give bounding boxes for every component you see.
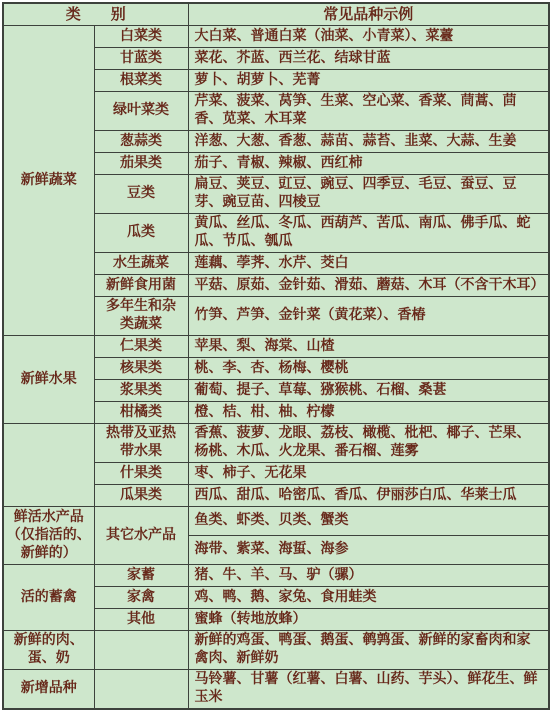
examples-cell: 猪、牛、羊、马、驴（骡） <box>188 565 549 587</box>
category-cell: 活的蓄禽 <box>3 565 94 631</box>
subcategory-cell: 多年生和杂类蔬菜 <box>94 297 188 336</box>
subcategory-cell: 其他 <box>94 609 188 631</box>
examples-cell: 西瓜、甜瓜、哈密瓜、香瓜、伊丽莎白瓜、华莱士瓜 <box>188 485 549 507</box>
examples-cell: 葡萄、提子、草莓、猕猴桃、石榴、桑葚 <box>188 380 549 402</box>
category-cell: 新增品种 <box>3 670 94 710</box>
examples-cell: 海带、紫菜、海蜇、海参 <box>188 536 549 565</box>
table-row: 热带及亚热带水果香蕉、菠萝、龙眼、荔枝、橄榄、枇杷、椰子、芒果、杨桃、木瓜、火龙… <box>3 424 549 463</box>
subcategory-cell: 家禽 <box>94 587 188 609</box>
examples-cell: 茄子、青椒、辣椒、西红柿 <box>188 153 549 175</box>
subcategory-cell: 新鲜食用菌 <box>94 275 188 297</box>
table-row: 鲜活水产品（仅指活的、新鲜的）其它水产品鱼类、虾类、贝类、蟹类 <box>3 507 549 536</box>
subcategory-cell: 水生蔬菜 <box>94 253 188 275</box>
examples-cell: 苹果、梨、海棠、山楂 <box>188 336 549 358</box>
examples-cell: 鱼类、虾类、贝类、蟹类 <box>188 507 549 536</box>
subcategory-cell: 浆果类 <box>94 380 188 402</box>
subcategory-cell: 葱蒜类 <box>94 131 188 153</box>
subcategory-cell: 核果类 <box>94 358 188 380</box>
examples-cell: 鸡、鸭、鹅、家兔、食用蛙类 <box>188 587 549 609</box>
subcategory-cell: 什果类 <box>94 463 188 485</box>
subcategory-cell: 甘蓝类 <box>94 48 188 70</box>
examples-cell: 枣、柿子、无花果 <box>188 463 549 485</box>
subcategory-cell <box>94 631 188 670</box>
food-categories-table: 类 别 常见品种示例 新鲜蔬菜白菜类大白菜、普通白菜（油菜、小青菜）、菜薹甘蓝类… <box>2 2 550 710</box>
examples-cell: 黄瓜、丝瓜、冬瓜、西葫芦、苦瓜、南瓜、佛手瓜、蛇瓜、节瓜、瓠瓜 <box>188 214 549 253</box>
examples-cell: 新鲜的鸡蛋、鸭蛋、鹅蛋、鹌鹑蛋、新鲜的家畜肉和家禽肉、新鲜奶 <box>188 631 549 670</box>
examples-cell: 莲藕、荸荠、水芹、茭白 <box>188 253 549 275</box>
subcategory-cell: 白菜类 <box>94 26 188 48</box>
subcategory-cell <box>94 670 188 710</box>
subcategory-cell: 豆类 <box>94 175 188 214</box>
category-cell <box>3 424 94 507</box>
header-examples: 常见品种示例 <box>188 3 549 26</box>
examples-cell: 桃、李、杏、杨梅、樱桃 <box>188 358 549 380</box>
header-row: 类 别 常见品种示例 <box>3 3 549 26</box>
examples-cell: 萝卜、胡萝卜、芜菁 <box>188 70 549 92</box>
category-cell: 鲜活水产品（仅指活的、新鲜的） <box>3 507 94 565</box>
examples-cell: 芹菜、菠菜、莴笋、生菜、空心菜、香菜、茼蒿、茴香、苋菜、木耳菜 <box>188 92 549 131</box>
table-body: 新鲜蔬菜白菜类大白菜、普通白菜（油菜、小青菜）、菜薹甘蓝类菜花、芥蓝、西兰花、结… <box>3 26 549 710</box>
table-row: 新鲜的肉、蛋、奶新鲜的鸡蛋、鸭蛋、鹅蛋、鹌鹑蛋、新鲜的家畜肉和家禽肉、新鲜奶 <box>3 631 549 670</box>
category-cell: 新鲜的肉、蛋、奶 <box>3 631 94 670</box>
examples-cell: 蜜蜂（转地放蜂） <box>188 609 549 631</box>
table-row: 新鲜蔬菜白菜类大白菜、普通白菜（油菜、小青菜）、菜薹 <box>3 26 549 48</box>
examples-cell: 扁豆、荚豆、豇豆、豌豆、四季豆、毛豆、蚕豆、豆芽、豌豆苗、四棱豆 <box>188 175 549 214</box>
examples-cell: 平菇、原茹、金针茹、滑茹、蘑菇、木耳（不含干木耳） <box>188 275 549 297</box>
examples-cell: 竹笋、芦笋、金针菜（黄花菜）、香椿 <box>188 297 549 336</box>
subcategory-cell: 绿叶菜类 <box>94 92 188 131</box>
category-cell: 新鲜水果 <box>3 336 94 424</box>
subcategory-cell: 茄果类 <box>94 153 188 175</box>
table-row: 新鲜水果仁果类苹果、梨、海棠、山楂 <box>3 336 549 358</box>
examples-cell: 马铃薯、甘薯（红薯、白薯、山药、芋头）、鲜花生、鲜玉米 <box>188 670 549 710</box>
table-row: 活的蓄禽家蓄猪、牛、羊、马、驴（骡） <box>3 565 549 587</box>
subcategory-cell: 热带及亚热带水果 <box>94 424 188 463</box>
subcategory-cell: 瓜类 <box>94 214 188 253</box>
subcategory-cell: 瓜果类 <box>94 485 188 507</box>
examples-cell: 橙、桔、柑、柚、柠檬 <box>188 402 549 424</box>
subcategory-cell: 家蓄 <box>94 565 188 587</box>
table-row: 新增品种马铃薯、甘薯（红薯、白薯、山药、芋头）、鲜花生、鲜玉米 <box>3 670 549 710</box>
subcategory-cell: 柑橘类 <box>94 402 188 424</box>
examples-cell: 香蕉、菠萝、龙眼、荔枝、橄榄、枇杷、椰子、芒果、杨桃、木瓜、火龙果、番石榴、莲雾 <box>188 424 549 463</box>
subcategory-cell: 其它水产品 <box>94 507 188 565</box>
examples-cell: 大白菜、普通白菜（油菜、小青菜）、菜薹 <box>188 26 549 48</box>
subcategory-cell: 根菜类 <box>94 70 188 92</box>
examples-cell: 菜花、芥蓝、西兰花、结球甘蓝 <box>188 48 549 70</box>
category-cell: 新鲜蔬菜 <box>3 26 94 336</box>
header-category: 类 别 <box>3 3 188 26</box>
subcategory-cell: 仁果类 <box>94 336 188 358</box>
examples-cell: 洋葱、大葱、香葱、蒜苗、蒜苔、韭菜、大蒜、生姜 <box>188 131 549 153</box>
